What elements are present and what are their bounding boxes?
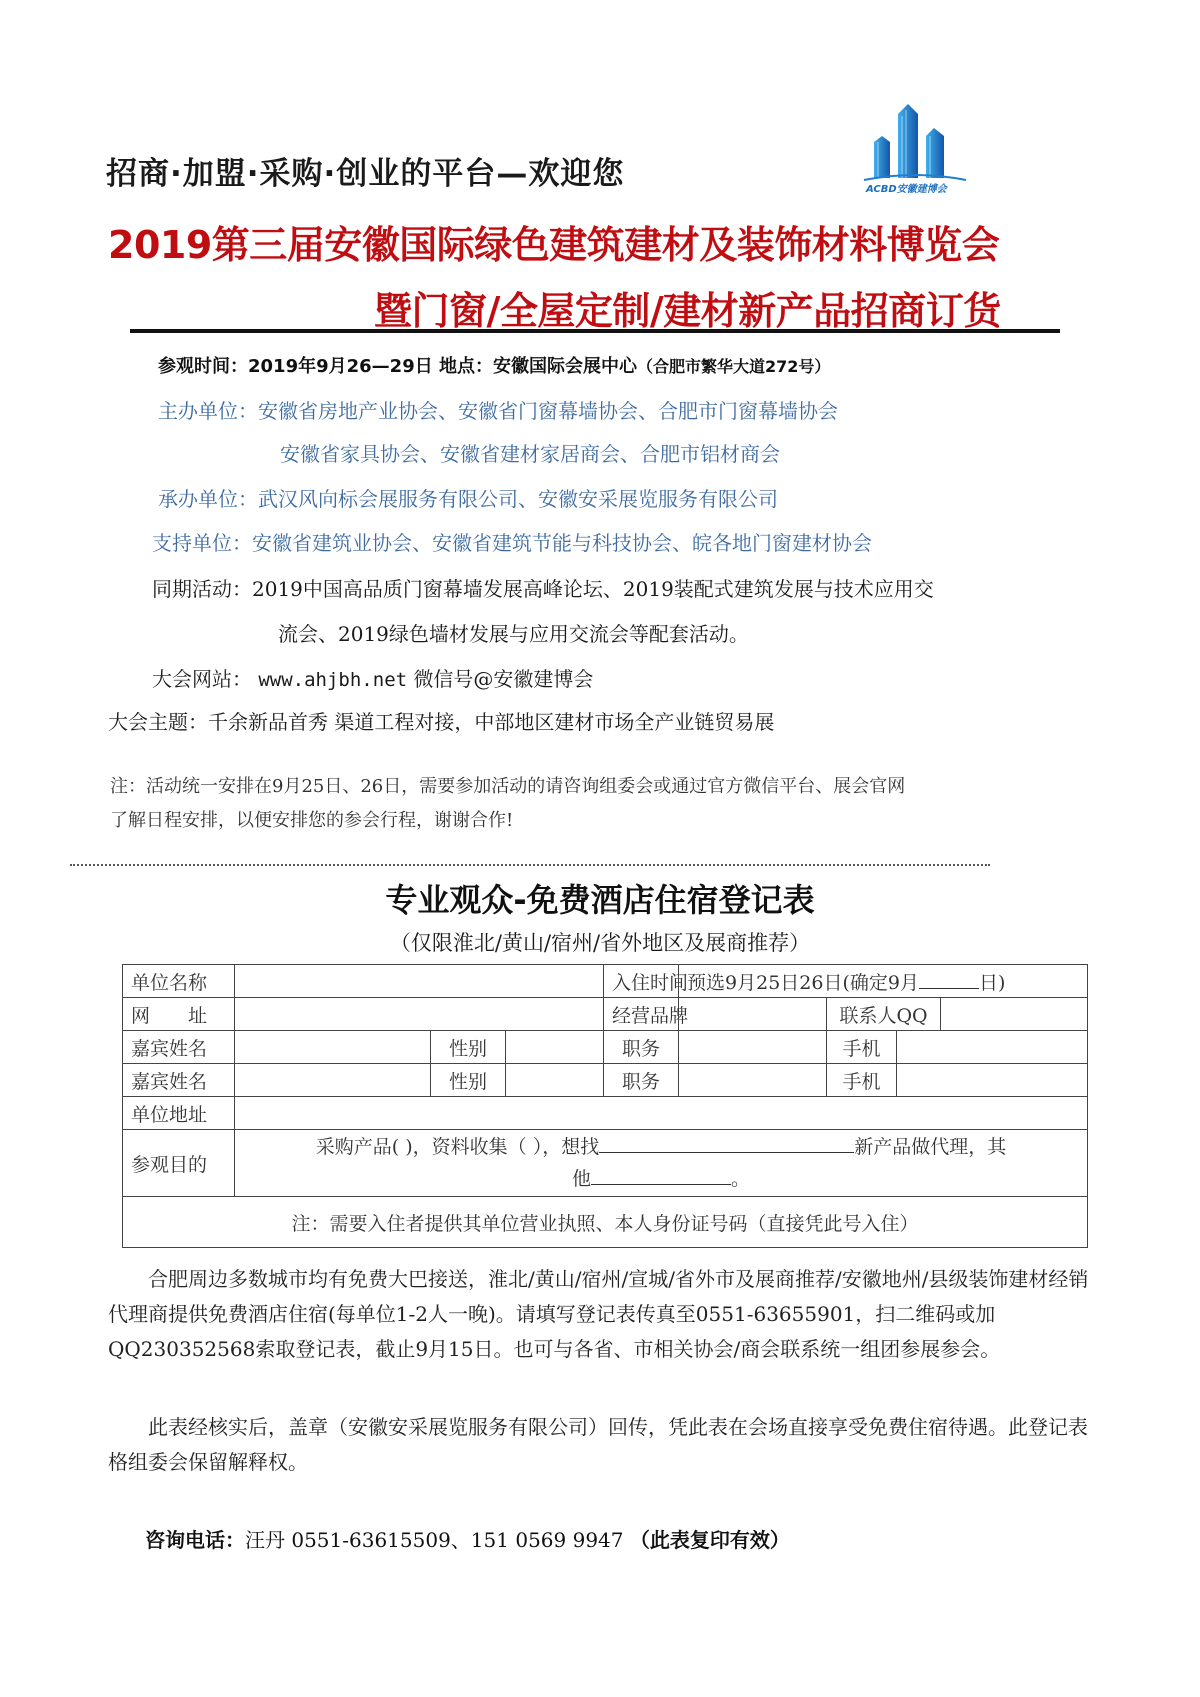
form-row-company: 单位名称 入住时间 预选9月25日26日(确定9月日): [123, 965, 1088, 998]
organizers: 主办单位：安徽省房地产业协会、安徽省门窗幕墙协会、合肥市门窗幕墙协会: [158, 395, 838, 424]
paragraph-shuttle-hotel: 合肥周边多数城市均有免费大巴接送，淮北/黄山/宿州/宣城/省外市及展商推荐/安徽…: [108, 1262, 1100, 1367]
product-blank[interactable]: [599, 1134, 854, 1153]
undertakers-text: 武汉风向标会展服务有限公司、安徽安采展览服务有限公司: [258, 487, 778, 511]
gender-label: 性别: [431, 1031, 506, 1064]
gender-field[interactable]: [506, 1031, 604, 1064]
form-row-website: 网 址 经营品牌 联系人QQ: [123, 998, 1088, 1031]
theme-text: 千余新品首秀 渠道工程对接，中部地区建材市场全产业链贸易展: [208, 710, 774, 734]
visit-address: （合肥市繁华大道272号）: [637, 357, 830, 376]
purpose-text-b: 新产品做代理，其: [854, 1136, 1006, 1158]
form-row-address: 单位地址: [123, 1097, 1088, 1130]
position-label: 职务: [604, 1031, 679, 1064]
form-row-purpose: 参观目的 采购产品( )，资料收集（ ），想找新产品做代理，其 他。: [123, 1130, 1088, 1197]
visit-time-text: 参观时间：2019年9月26—29日 地点：安徽国际会展中心: [158, 356, 637, 377]
brand-field[interactable]: [679, 998, 827, 1031]
company-name-field[interactable]: [235, 965, 604, 998]
position-label: 职务: [604, 1064, 679, 1097]
purpose-text-c: 他: [572, 1168, 591, 1190]
other-blank[interactable]: [591, 1166, 731, 1185]
notice-line-2: 了解日程安排，以便安排您的参会行程，谢谢合作!: [110, 804, 1100, 838]
checkin-day-blank[interactable]: [919, 970, 979, 989]
copy-valid-note: （此表复印有效）: [630, 1528, 790, 1552]
organizers-label: 主办单位：: [158, 399, 258, 423]
position-field[interactable]: [679, 1031, 827, 1064]
svg-text:ACBD安徽建博会: ACBD安徽建博会: [865, 183, 949, 194]
mobile-label: 手机: [827, 1064, 897, 1097]
form-row-guest-1: 嘉宾姓名 性别 职务 手机: [123, 1031, 1088, 1064]
website-field[interactable]: [235, 998, 604, 1031]
purpose-field[interactable]: 采购产品( )，资料收集（ ），想找新产品做代理，其 他。: [235, 1130, 1088, 1197]
checkin-time-field[interactable]: 预选9月25日26日(确定9月日): [679, 965, 1088, 998]
company-name-label: 单位名称: [123, 965, 235, 998]
mobile-label: 手机: [827, 1031, 897, 1064]
contact-line: 咨询电话：汪丹 0551-63615509、151 0569 9947 （此表复…: [145, 1524, 790, 1553]
buildings-logo-icon: ACBD安徽建博会: [860, 100, 970, 194]
website-field-label: 网 址: [123, 998, 235, 1031]
checkin-prefix: 预选9月25日26日(确定9月: [687, 972, 919, 994]
form-row-note: 注：需要入住者提供其单位营业执照、本人身份证号码（直接凭此号入住）: [123, 1197, 1088, 1248]
purpose-text-d: 。: [731, 1168, 750, 1190]
guest-name-field[interactable]: [235, 1031, 431, 1064]
wechat-id: 微信号@安徽建博会: [413, 667, 593, 691]
activities-line-1: 2019中国高品质门窗幕墙发展高峰论坛、2019装配式建筑发展与技术应用交: [252, 577, 934, 601]
website-link[interactable]: www.ahjbh.net: [258, 669, 407, 691]
contact-qq-field[interactable]: [941, 998, 1088, 1031]
form-subtitle: （仅限淮北/黄山/宿州/省外地区及展商推荐）: [0, 927, 1200, 957]
supporters-text: 安徽省建筑业协会、安徽省建筑节能与科技协会、皖各地门窗建材协会: [252, 531, 872, 555]
checkin-time-label: 入住时间: [604, 965, 679, 998]
gender-field[interactable]: [506, 1064, 604, 1097]
form-row-guest-2: 嘉宾姓名 性别 职务 手机: [123, 1064, 1088, 1097]
purpose-label: 参观目的: [123, 1130, 235, 1197]
activities-label: 同期活动：: [152, 577, 252, 601]
title-line-2: 暨门窗/全屋定制/建材新产品招商订货: [374, 280, 1001, 335]
supporters-label: 支持单位：: [152, 531, 252, 555]
mobile-field[interactable]: [897, 1031, 1088, 1064]
undertakers: 承办单位：武汉风向标会展服务有限公司、安徽安采展览服务有限公司: [158, 483, 778, 512]
website-row: 大会网站： www.ahjbh.net 微信号@安徽建博会: [152, 663, 593, 692]
position-field[interactable]: [679, 1064, 827, 1097]
registration-form-table: 单位名称 入住时间 预选9月25日26日(确定9月日) 网 址 经营品牌 联系人…: [122, 964, 1088, 1248]
organizers-line-1: 安徽省房地产业协会、安徽省门窗幕墙协会、合肥市门窗幕墙协会: [258, 399, 838, 423]
checkin-suffix: 日): [979, 972, 1005, 994]
guest-name-field[interactable]: [235, 1064, 431, 1097]
address-field[interactable]: [235, 1097, 1088, 1130]
paragraph-verification: 此表经核实后，盖章（安徽安采展览服务有限公司）回传，凭此表在会场直接享受免费住宿…: [108, 1410, 1100, 1480]
activities: 同期活动：2019中国高品质门窗幕墙发展高峰论坛、2019装配式建筑发展与技术应…: [152, 573, 934, 602]
title-line-1: 2019第三届安徽国际绿色建筑建材及装饰材料博览会: [108, 214, 999, 269]
form-title: 专业观众-免费酒店住宿登记表: [0, 875, 1200, 921]
contact-qq-label: 联系人QQ: [827, 998, 941, 1031]
gender-label: 性别: [431, 1064, 506, 1097]
theme: 大会主题：千余新品首秀 渠道工程对接，中部地区建材市场全产业链贸易展: [108, 706, 774, 735]
visit-time: 参观时间：2019年9月26—29日 地点：安徽国际会展中心（合肥市繁华大道27…: [158, 352, 830, 378]
slogan: 招商·加盟·采购·创业的平台—欢迎您: [106, 148, 624, 193]
organizers-line-2: 安徽省家具协会、安徽省建材家居商会、合肥市铝材商会: [280, 438, 780, 467]
acbd-logo: ACBD安徽建博会: [860, 100, 970, 194]
undertakers-label: 承办单位：: [158, 487, 258, 511]
contact-label: 咨询电话：: [145, 1528, 245, 1552]
dotted-divider: [70, 864, 990, 866]
contact-phone: 汪丹 0551-63615509、151 0569 9947: [245, 1528, 624, 1552]
purpose-text-a: 采购产品( )，资料收集（ ），想找: [316, 1136, 599, 1158]
guest-name-label: 嘉宾姓名: [123, 1031, 235, 1064]
website-label: 大会网站：: [152, 667, 252, 691]
brand-label: 经营品牌: [604, 998, 679, 1031]
address-label: 单位地址: [123, 1097, 235, 1130]
theme-label: 大会主题：: [108, 710, 208, 734]
title-divider: [130, 329, 1060, 333]
activities-line-2: 流会、2019绿色墙材发展与应用交流会等配套活动。: [278, 618, 749, 647]
notice-line-1: 注：活动统一安排在9月25日、26日，需要参加活动的请咨询组委会或通过官方微信平…: [110, 770, 1100, 804]
mobile-field[interactable]: [897, 1064, 1088, 1097]
table-note: 注：需要入住者提供其单位营业执照、本人身份证号码（直接凭此号入住）: [123, 1197, 1088, 1248]
activity-notice: 注：活动统一安排在9月25日、26日，需要参加活动的请咨询组委会或通过官方微信平…: [110, 770, 1100, 838]
guest-name-label: 嘉宾姓名: [123, 1064, 235, 1097]
supporters: 支持单位：安徽省建筑业协会、安徽省建筑节能与科技协会、皖各地门窗建材协会: [152, 527, 872, 556]
